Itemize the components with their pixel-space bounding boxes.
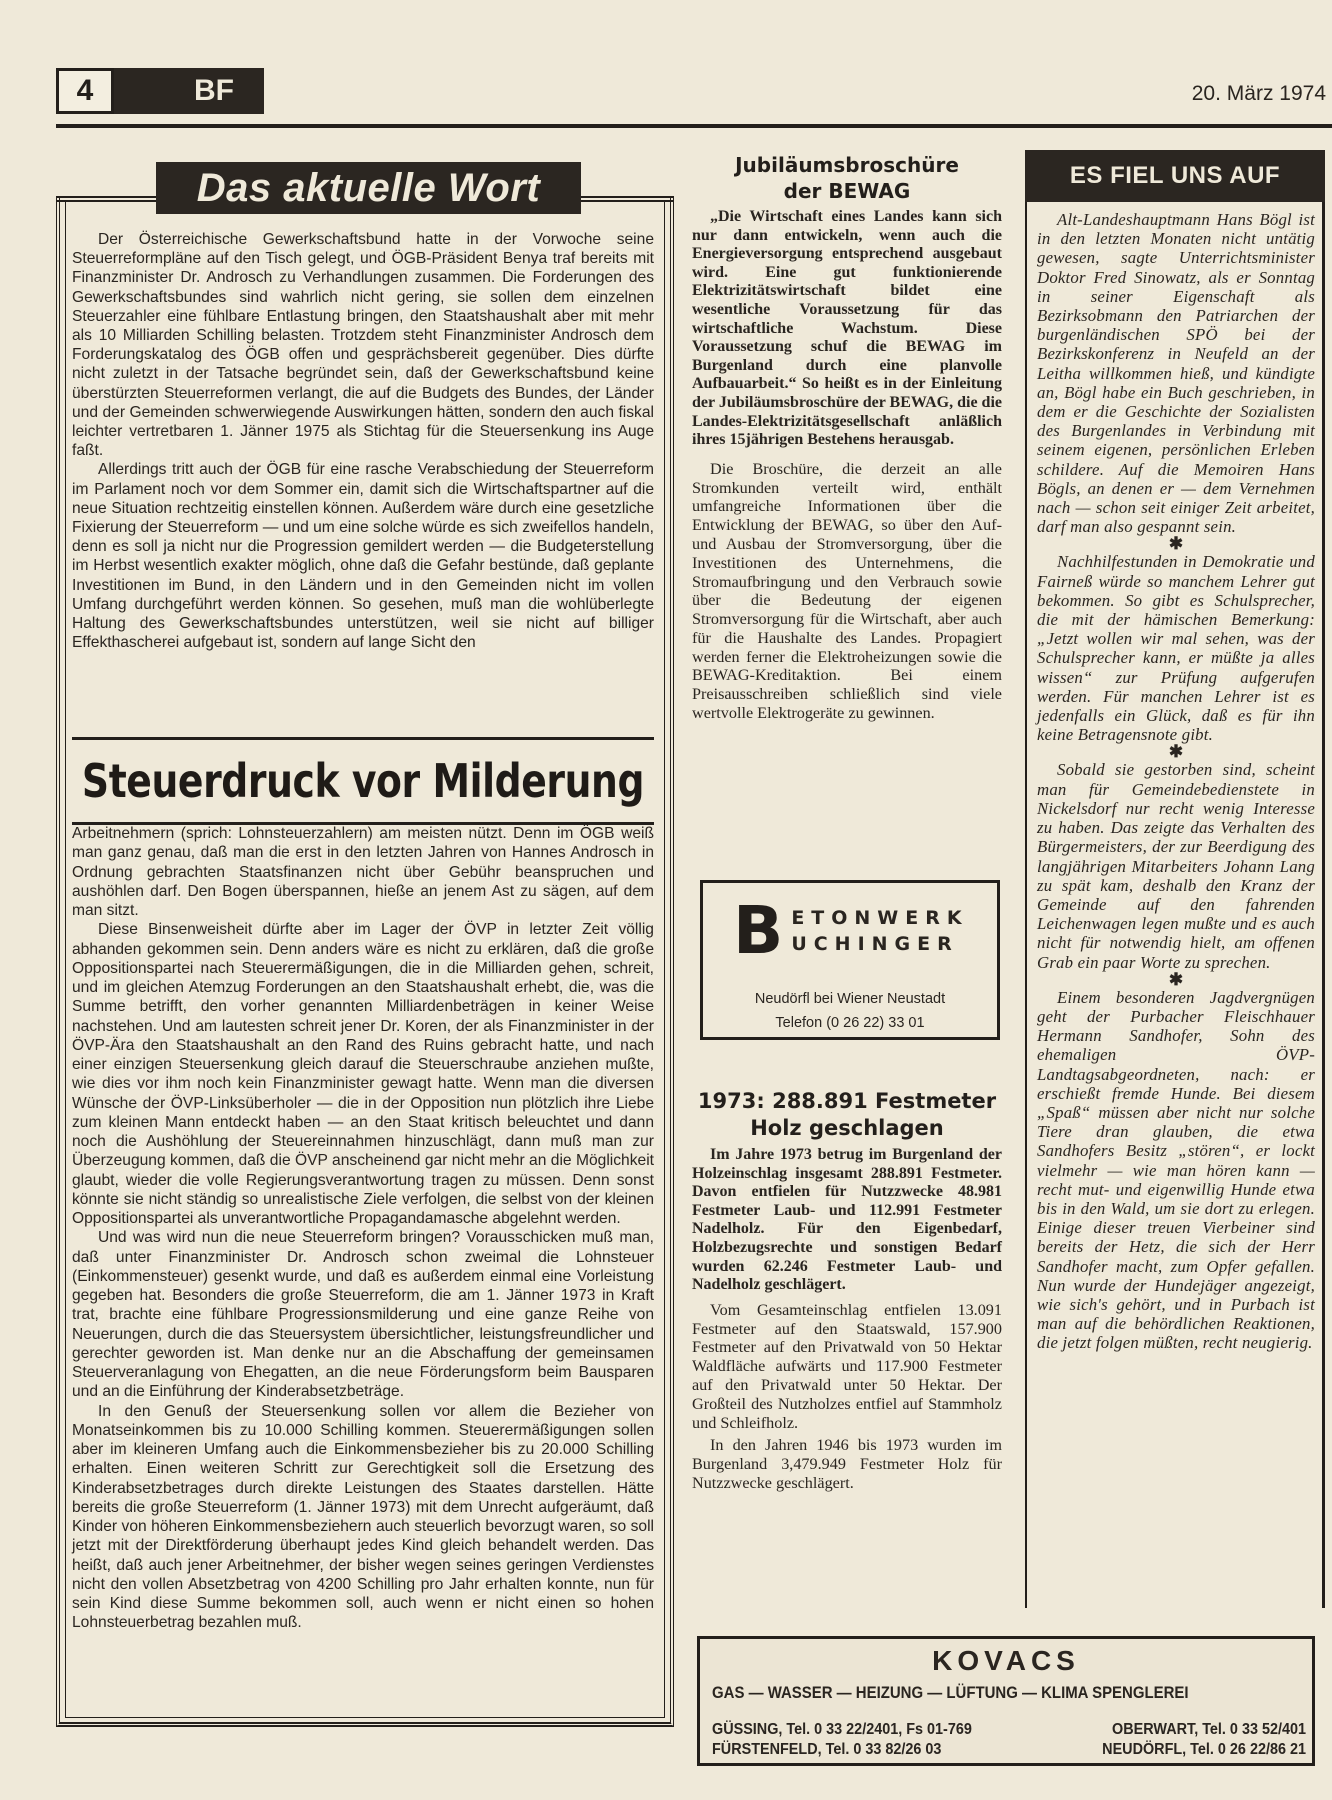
asterisk-separator-icon: ✱ (1037, 536, 1315, 552)
holz-article: 1973: 288.891 Festmeter Holz geschlagen … (692, 1088, 1002, 1493)
kovacs-name: KOVACS (700, 1645, 1312, 1677)
kovacs-locations-row-1: GÜSSING, Tel. 0 33 22/2401, Fs 01-769 OB… (712, 1721, 1306, 1739)
header-rule (56, 124, 1332, 128)
editorial-banner: Das aktuelle Wort (156, 162, 581, 214)
location-oberwart: OBERWART, Tel. 0 33 52/401 (1112, 1721, 1306, 1739)
paragraph: In den Genuß der Steuersenkung sollen vo… (72, 1402, 654, 1633)
betonwerk-address: Neudörfl bei Wiener Neustadt (703, 991, 997, 1007)
issue-date: 20. März 1974 (1192, 82, 1326, 106)
location-neudoerfl: NEUDÖRFL, Tel. 0 26 22/86 21 (1102, 1741, 1306, 1759)
kovacs-services: GAS — WASSER — HEIZUNG — LÜFTUNG — KLIMA… (712, 1683, 1231, 1703)
section-tag: BF (114, 68, 264, 114)
bewag-headline: Jubiläumsbroschüre der BEWAG (692, 152, 1002, 204)
news-item: Nachhilfestunden in Demokratie und Fairn… (1037, 552, 1315, 744)
page-number: 4 (56, 68, 114, 114)
editorial-body-top: Der Österreichische Gewerkschaftsbund ha… (72, 230, 654, 652)
paragraph: Der Österreichische Gewerkschaftsbund ha… (72, 230, 654, 460)
betonwerk-advertisement: B ETONWERK UCHINGER Neudörfl bei Wiener … (700, 880, 1000, 1040)
bewag-body: Die Broschüre, die derzeit an alle Strom… (692, 460, 1002, 723)
paragraph: In den Jahren 1946 bis 1973 wurden im Bu… (692, 1436, 1002, 1492)
column-banner: ES FIEL UNS AUF (1025, 150, 1325, 202)
kovacs-locations-row-2: FÜRSTENFELD, Tel. 0 33 82/26 03 NEUDÖRFL… (712, 1741, 1306, 1759)
betonwerk-logo: B ETONWERK UCHINGER (733, 903, 969, 959)
editorial-body-bottom: Arbeitnehmern (sprich: Lohnsteuerzahlern… (72, 824, 654, 1633)
paragraph: Vom Gesamteinschlag entfielen 13.091 Fes… (692, 1301, 1002, 1433)
bewag-article: Jubiläumsbroschüre der BEWAG „Die Wirtsc… (692, 152, 1002, 723)
news-item: Alt-Landeshauptmann Hans Bögl ist in den… (1037, 210, 1315, 536)
paragraph: Arbeitnehmern (sprich: Lohnsteuerzahlern… (72, 824, 654, 920)
paragraph: Diese Binsenweisheit dürfte aber im Lage… (72, 920, 654, 1228)
column-body: Alt-Landeshauptmann Hans Bögl ist in den… (1037, 210, 1315, 1353)
news-item: Sobald sie gestorben sind, scheint man f… (1037, 760, 1315, 971)
masthead: 4 BF (56, 68, 264, 114)
paragraph: Allerdings tritt auch der ÖGB für eine r… (72, 460, 654, 652)
kovacs-advertisement: KOVACS GAS — WASSER — HEIZUNG — LÜFTUNG … (697, 1636, 1315, 1766)
betonwerk-phone: Telefon (0 26 22) 33 01 (703, 1015, 997, 1031)
holz-headline: 1973: 288.891 Festmeter Holz geschlagen (692, 1088, 1002, 1142)
bewag-lead: „Die Wirtschaft eines Landes kann sich n… (692, 208, 1002, 450)
editorial-headline: Steuerdruck vor Milderung (124, 740, 601, 822)
editorial-column: Das aktuelle Wort Der Österreichische Ge… (56, 162, 674, 1727)
asterisk-separator-icon: ✱ (1037, 972, 1315, 988)
es-fiel-uns-auf-column: ES FIEL UNS AUF Alt-Landeshauptmann Hans… (1025, 150, 1332, 1608)
asterisk-separator-icon: ✱ (1037, 744, 1315, 760)
logo-initial: B (733, 903, 783, 959)
holz-body: Vom Gesamteinschlag entfielen 13.091 Fes… (692, 1301, 1002, 1493)
location-guessing: GÜSSING, Tel. 0 33 22/2401, Fs 01-769 (712, 1721, 972, 1739)
newspaper-page: 4 BF 20. März 1974 Das aktuelle Wort Der… (0, 0, 1332, 1800)
news-item: Einem besonderen Jagdvergnügen geht der … (1037, 988, 1315, 1353)
holz-lead: Im Jahre 1973 betrug im Burgenland der H… (692, 1146, 1002, 1295)
logo-line-1: ETONWERK (791, 905, 968, 931)
paragraph: Und was wird nun die neue Steuerreform b… (72, 1228, 654, 1401)
location-fuerstenfeld: FÜRSTENFELD, Tel. 0 33 82/26 03 (712, 1741, 941, 1759)
logo-line-2: UCHINGER (791, 931, 968, 957)
editorial-headline-block: Steuerdruck vor Milderung (72, 737, 654, 825)
